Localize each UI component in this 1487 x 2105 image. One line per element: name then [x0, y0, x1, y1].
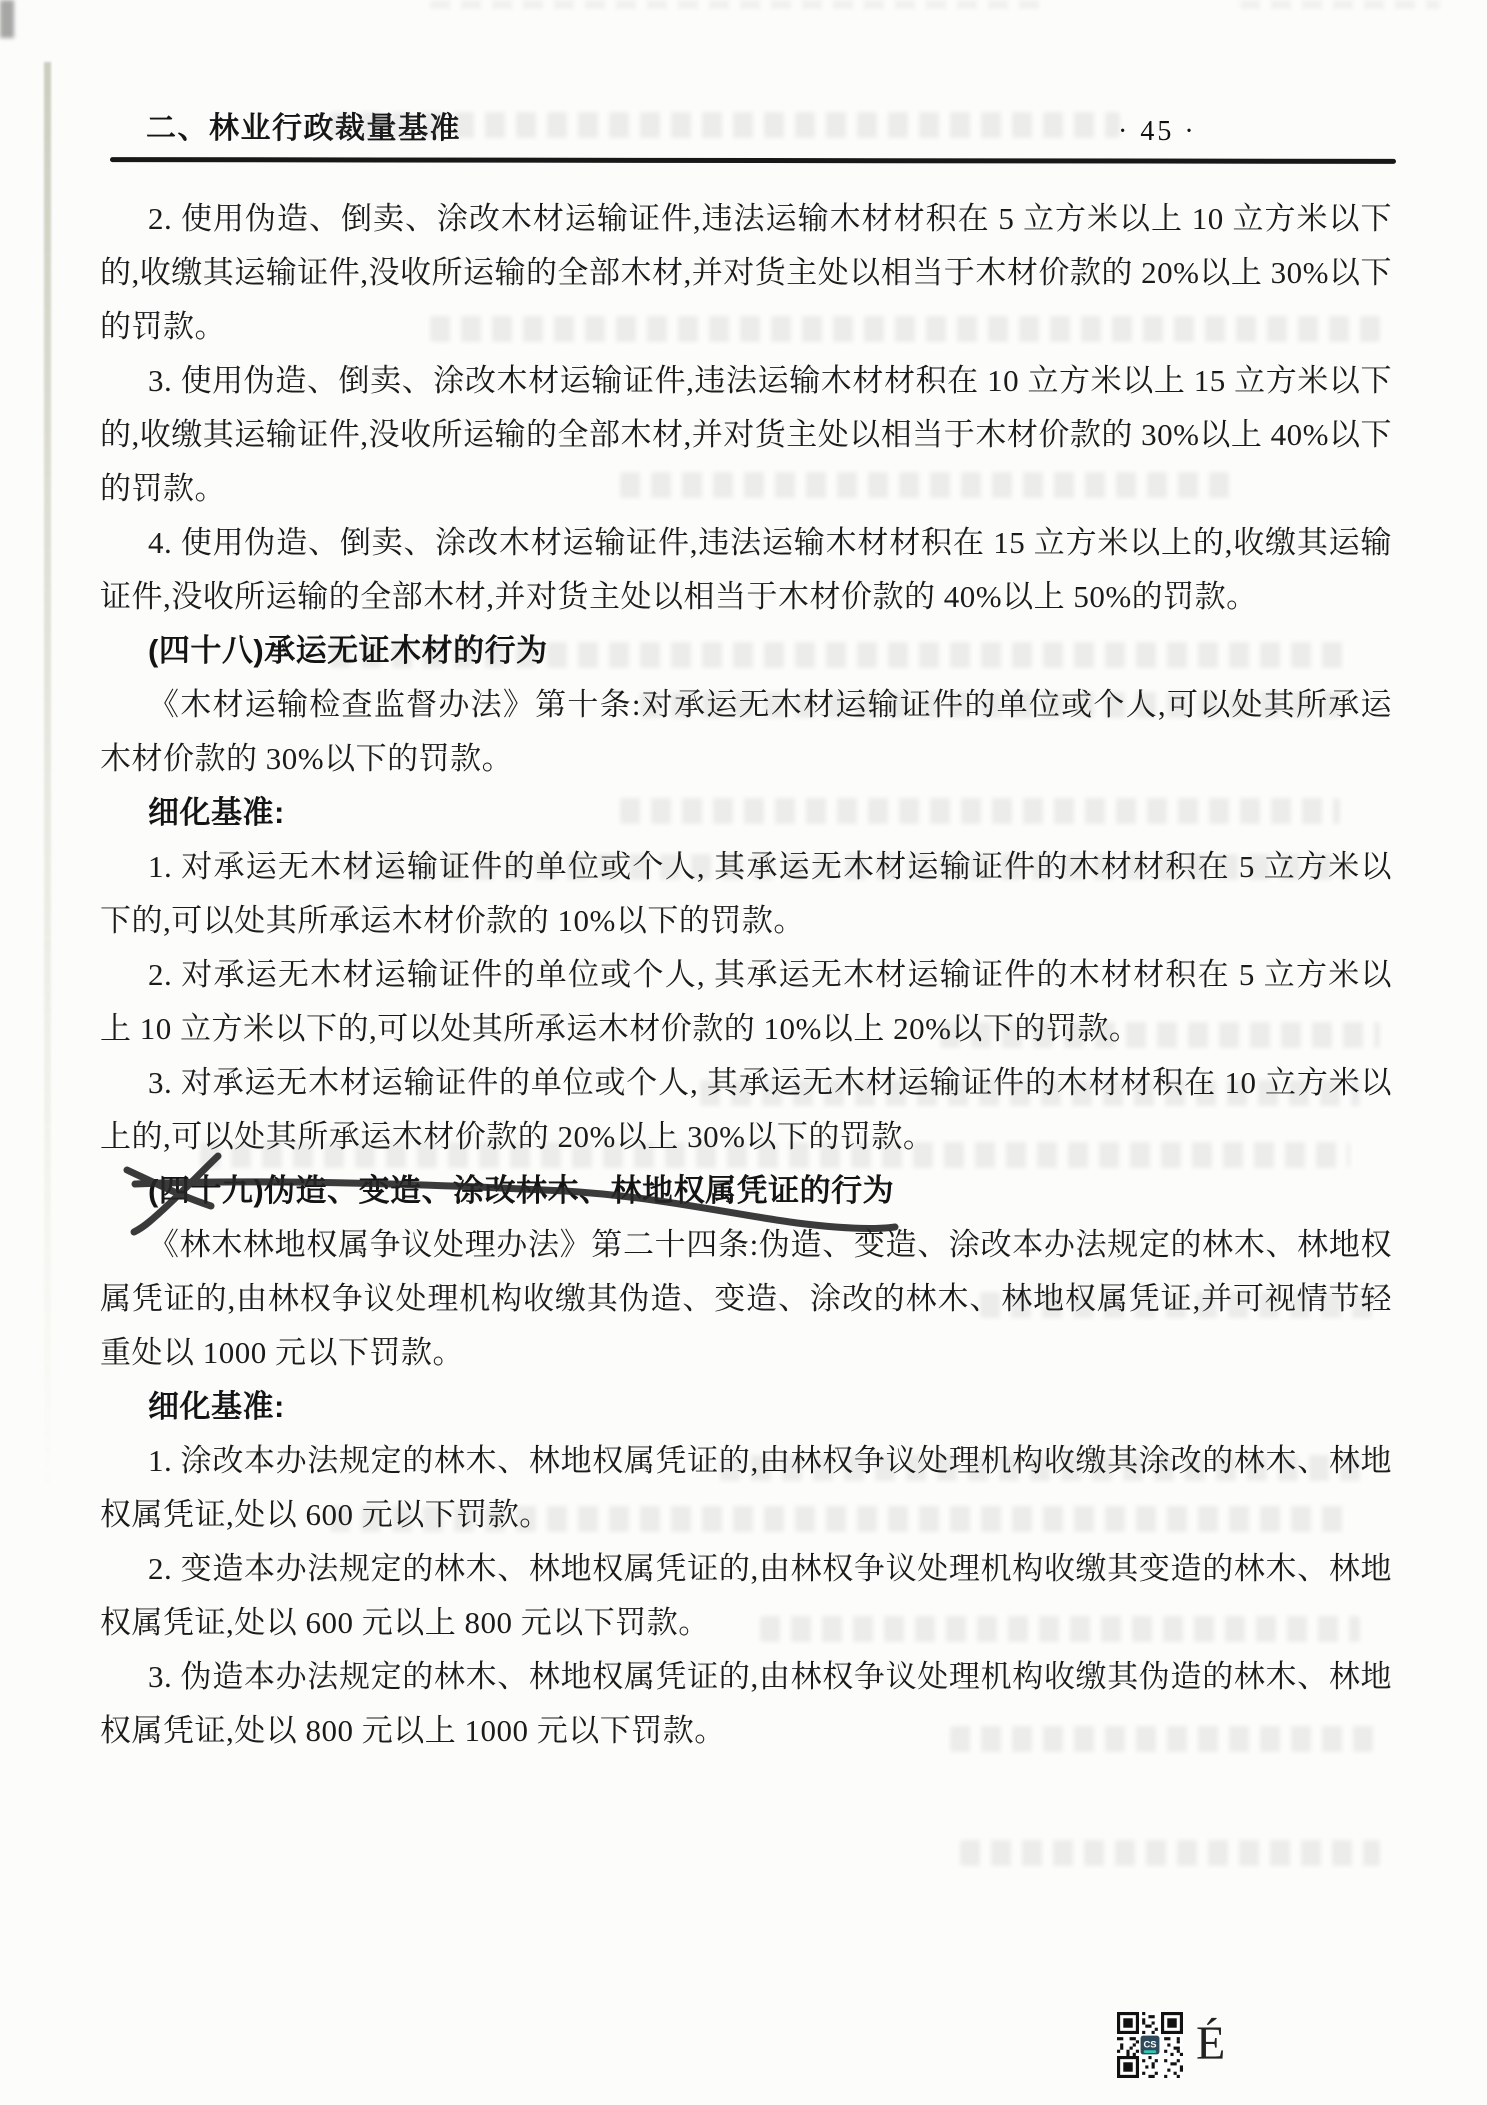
- page-number: · 45 ·: [1118, 116, 1197, 148]
- camscanner-logo-icon: CS: [1141, 2036, 1160, 2055]
- refinement-criteria-heading: 细化基准:: [100, 1380, 1392, 1434]
- body-paragraph: 3. 使用伪造、倒卖、涂改木材运输证件,违法运输木材材积在 10 立方米以上 1…: [100, 354, 1392, 516]
- scanned-document-page: 二、林业行政裁量基准 · 45 · 2. 使用伪造、倒卖、涂改木材运输证件,违法…: [0, 0, 1487, 2105]
- body-paragraph: 1. 对承运无木材运输证件的单位或个人, 其承运无木材运输证件的木材材积在 5 …: [100, 840, 1392, 948]
- bleed-through-ghost: [960, 1840, 1380, 1866]
- body-paragraph: 4. 使用伪造、倒卖、涂改木材运输证件,违法运输木材材积在 15 立方米以上的,…: [100, 516, 1392, 624]
- header-rule: [110, 157, 1396, 164]
- body-paragraph: 2. 对承运无木材运输证件的单位或个人, 其承运无木材运输证件的木材材积在 5 …: [100, 948, 1392, 1056]
- body-paragraph: 3. 对承运无木材运输证件的单位或个人, 其承运无木材运输证件的木材材积在 10…: [100, 1056, 1392, 1164]
- body-paragraph: 2. 使用伪造、倒卖、涂改木材运输证件,违法运输木材材积在 5 立方米以上 10…: [100, 192, 1392, 354]
- body-paragraph: 《林木林地权属争议处理办法》第二十四条:伪造、变造、涂改本办法规定的林木、林地权…: [100, 1218, 1392, 1380]
- refinement-criteria-heading: 细化基准:: [100, 786, 1392, 840]
- document-body: 2. 使用伪造、倒卖、涂改木材运输证件,违法运输木材材积在 5 立方米以上 10…: [100, 192, 1392, 1758]
- scan-binding-edge-artifact: [44, 62, 51, 1492]
- bleed-through-ghost: [330, 112, 1120, 138]
- qr-logo-text: CS: [1143, 2039, 1156, 2050]
- body-paragraph: 《木材运输检查监督办法》第十条:对承运无木材运输证件的单位或个人,可以处其所承运…: [100, 678, 1392, 786]
- bleed-through-ghost: [430, 0, 1050, 9]
- qr-code: CS: [1117, 2012, 1183, 2078]
- crossed-out-heading-wrap: (四十九)伪造、变造、涂改林木、林地权属凭证的行为: [100, 1164, 1392, 1218]
- body-paragraph: 2. 变造本办法规定的林木、林地权属凭证的,由林权争议处理机构收缴其变造的林木、…: [100, 1542, 1392, 1650]
- qr-caption-glyph: É: [1196, 2016, 1225, 2071]
- body-paragraph: 1. 涂改本办法规定的林木、林地权属凭证的,由林权争议处理机构收缴其涂改的林木、…: [100, 1434, 1392, 1542]
- section-heading-48: (四十八)承运无证木材的行为: [100, 624, 1392, 678]
- section-heading-49: (四十九)伪造、变造、涂改林木、林地权属凭证的行为: [100, 1164, 1392, 1218]
- body-paragraph: 3. 伪造本办法规定的林木、林地权属凭证的,由林权争议处理机构收缴其伪造的林木、…: [100, 1650, 1392, 1758]
- scan-corner-artifact: [0, 0, 14, 38]
- bleed-through-ghost: [1240, 0, 1440, 9]
